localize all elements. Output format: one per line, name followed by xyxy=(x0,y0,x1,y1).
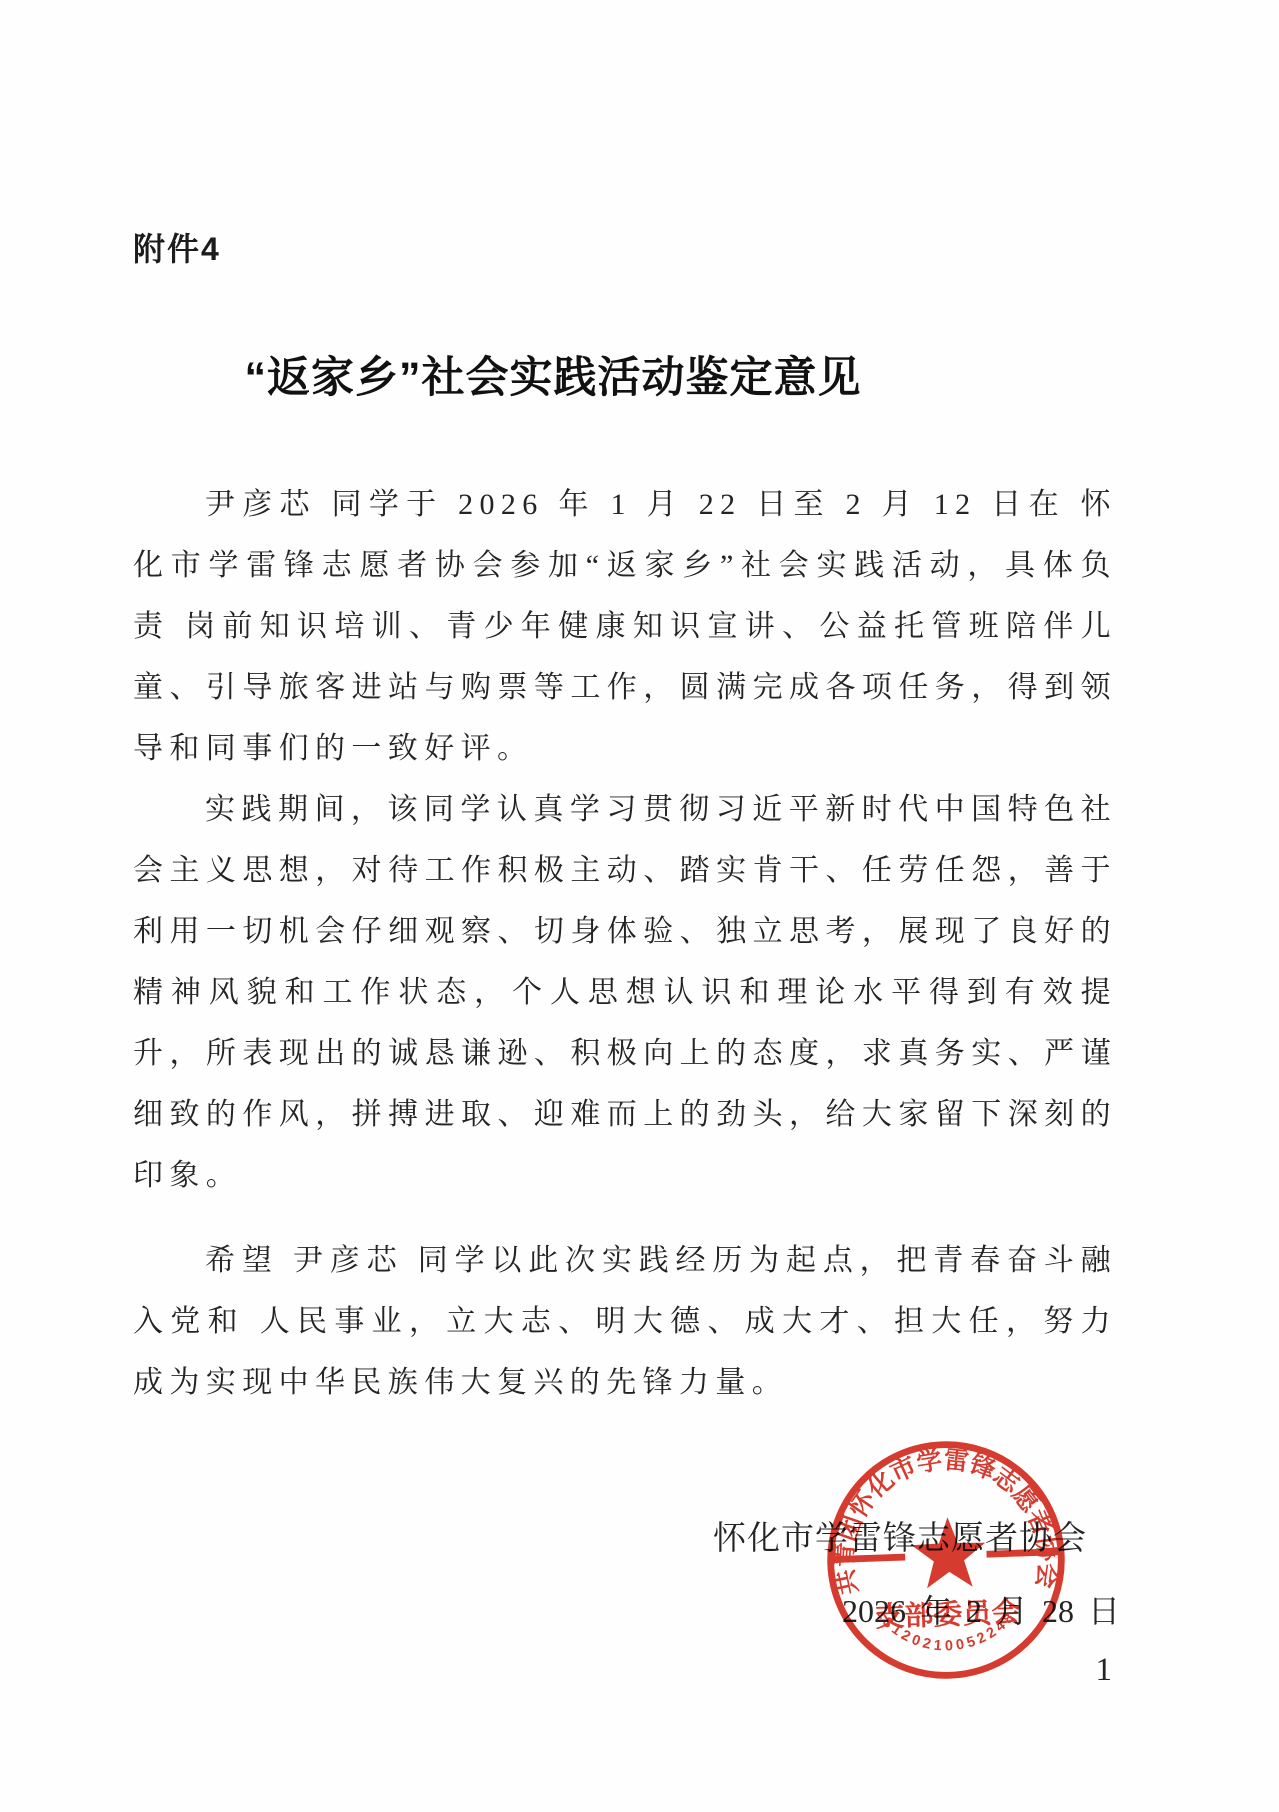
paragraph-2: 实践期间，该同学认真学习贯彻习近平新时代中国特色社会主义思想，对待工作积极主动、… xyxy=(133,779,1117,1206)
paragraph-1: 尹彦芯 同学于 2026 年 1 月 22 日至 2 月 12 日在 怀化市学雷… xyxy=(133,474,1117,779)
attachment-label: 附件4 xyxy=(133,224,221,270)
official-seal-svg: 共青团怀化市学雷锋志愿者协会 支部委员会 43120210052248 xyxy=(816,1428,1077,1693)
document-page: 附件4 “返家乡”社会实践活动鉴定意见 尹彦芯 同学于 2026 年 1 月 2… xyxy=(0,0,1279,1812)
signature-date: 2026 年 2 月 28 日 xyxy=(842,1586,1120,1632)
paragraph-3: 希望 尹彦芯 同学以此次实践经历为起点，把青春奋斗融入党和 人民事业，立大志、明… xyxy=(133,1230,1117,1413)
document-title: “返家乡”社会实践活动鉴定意见 xyxy=(61,344,1045,405)
signature-organization: 怀化市学雷锋志愿者协会 xyxy=(713,1512,1087,1559)
official-seal: 共青团怀化市学雷锋志愿者协会 支部委员会 43120210052248 xyxy=(816,1428,1077,1693)
document-body: 尹彦芯 同学于 2026 年 1 月 22 日至 2 月 12 日在 怀化市学雷… xyxy=(133,474,1117,1413)
page-number: 1 xyxy=(1096,1652,1113,1689)
seal-ring xyxy=(827,1441,1066,1680)
